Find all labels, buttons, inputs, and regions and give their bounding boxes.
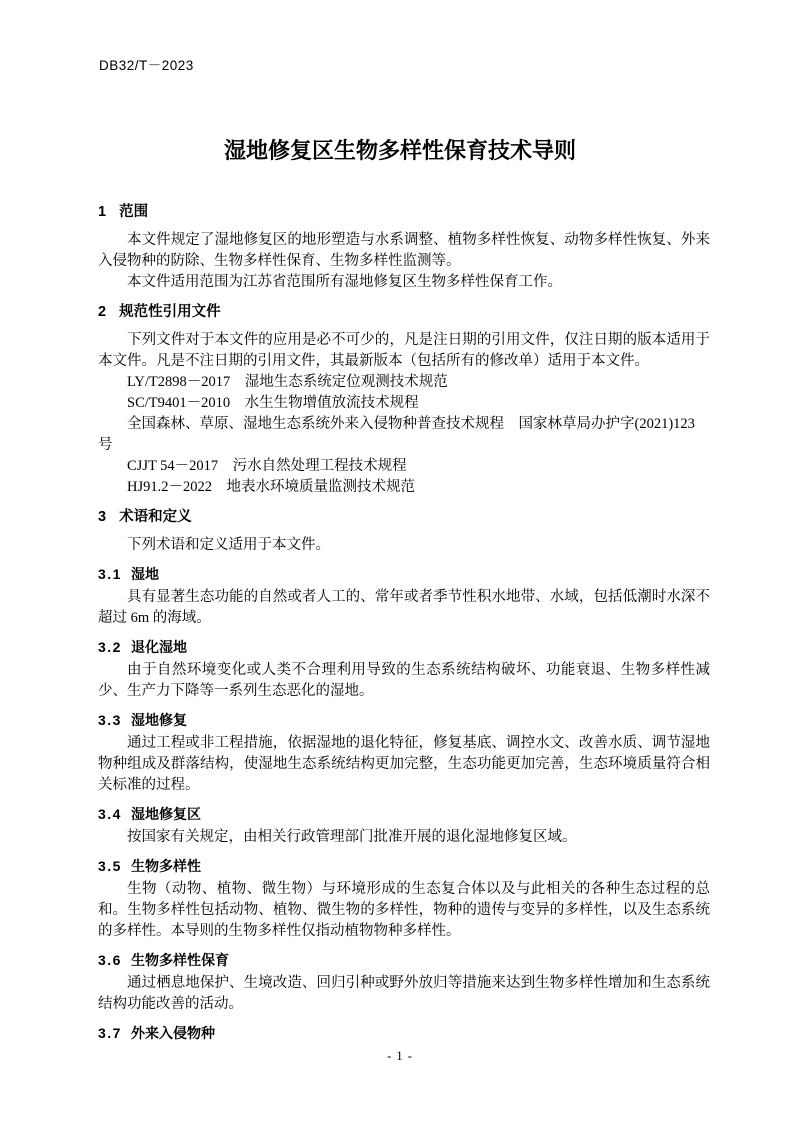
section-number: 2: [98, 302, 106, 323]
term-title: 湿地: [131, 566, 159, 582]
section-title: 范围: [119, 204, 148, 220]
term-title: 外来入侵物种: [131, 1025, 215, 1041]
term-definition: 通过栖息地保护、生境改造、回归引种或野外放归等措施来达到生物多样性增加和生态系统…: [98, 973, 710, 1015]
section-number: 1: [98, 202, 106, 223]
reference-item: 全国森林、草原、湿地生态系统外来入侵物种普查技术规程 国家林草局办护字(2021…: [98, 414, 710, 456]
reference-item: CJJT 54－2017 污水自然处理工程技术规程: [98, 456, 710, 477]
reference-item: HJ91.2－2022 地表水环境质量监测技术规范: [98, 477, 710, 498]
section-title: 术语和定义: [119, 509, 192, 525]
term-definition: 通过工程或非工程措施，依据湿地的退化特征，修复基底、调控水文、改善水质、调节湿地…: [98, 733, 710, 796]
document-title: 湿地修复区生物多样性保育技术导则: [0, 134, 800, 165]
term-number: 3.5: [98, 856, 122, 877]
term-title: 湿地修复区: [131, 806, 201, 822]
section-heading-1: 1范围: [98, 202, 710, 223]
paragraph: 本文件适用范围为江苏省范围所有湿地修复区生物多样性保育工作。: [98, 272, 710, 293]
term-number: 3.7: [98, 1023, 122, 1044]
standard-code: DB32/T－2023: [99, 54, 194, 74]
term-heading-3-1: 3.1湿地: [98, 564, 710, 585]
term-title: 退化湿地: [131, 639, 187, 655]
term-heading-3-5: 3.5生物多样性: [98, 856, 710, 877]
term-number: 3.3: [98, 710, 122, 731]
term-heading-3-7: 3.7外来入侵物种: [98, 1023, 710, 1044]
paragraph: 下列术语和定义适用于本文件。: [98, 535, 710, 556]
page-number: - 1 -: [0, 1049, 800, 1064]
section-heading-2: 2规范性引用文件: [98, 302, 710, 323]
document-body: 1范围 本文件规定了湿地修复区的地形塑造与水系调整、植物多样性恢复、动物多样性恢…: [98, 193, 710, 1046]
reference-item: SC/T9401－2010 水生生物增值放流技术规程: [98, 393, 710, 414]
term-heading-3-2: 3.2退化湿地: [98, 637, 710, 658]
paragraph: 本文件规定了湿地修复区的地形塑造与水系调整、植物多样性恢复、动物多样性恢复、外来…: [98, 230, 710, 272]
term-definition: 按国家有关规定，由相关行政管理部门批准开展的退化湿地修复区域。: [98, 827, 710, 848]
paragraph: 下列文件对于本文件的应用是必不可少的，凡是注日期的引用文件，仅注日期的版本适用于…: [98, 330, 710, 372]
term-title: 湿地修复: [131, 712, 187, 728]
term-heading-3-4: 3.4湿地修复区: [98, 804, 710, 825]
term-number: 3.4: [98, 804, 122, 825]
term-number: 3.2: [98, 637, 122, 658]
term-heading-3-3: 3.3湿地修复: [98, 710, 710, 731]
term-definition: 生物（动物、植物、微生物）与环境形成的生态复合体以及与此相关的各种生态过程的总和…: [98, 879, 710, 942]
section-title: 规范性引用文件: [119, 304, 221, 320]
term-number: 3.1: [98, 564, 122, 585]
term-number: 3.6: [98, 950, 122, 971]
term-definition: 由于自然环境变化或人类不合理利用导致的生态系统结构破坏、功能衰退、生物多样性减少…: [98, 660, 710, 702]
term-heading-3-6: 3.6生物多样性保育: [98, 950, 710, 971]
section-number: 3: [98, 507, 106, 528]
reference-item: LY/T2898－2017 湿地生态系统定位观测技术规范: [98, 372, 710, 393]
section-heading-3: 3术语和定义: [98, 507, 710, 528]
document-page: DB32/T－2023 湿地修复区生物多样性保育技术导则 1范围 本文件规定了湿…: [0, 0, 800, 1132]
term-title: 生物多样性: [131, 858, 201, 874]
term-title: 生物多样性保育: [131, 952, 229, 968]
term-definition: 具有显著生态功能的自然或者人工的、常年或者季节性积水地带、水域，包括低潮时水深不…: [98, 587, 710, 629]
